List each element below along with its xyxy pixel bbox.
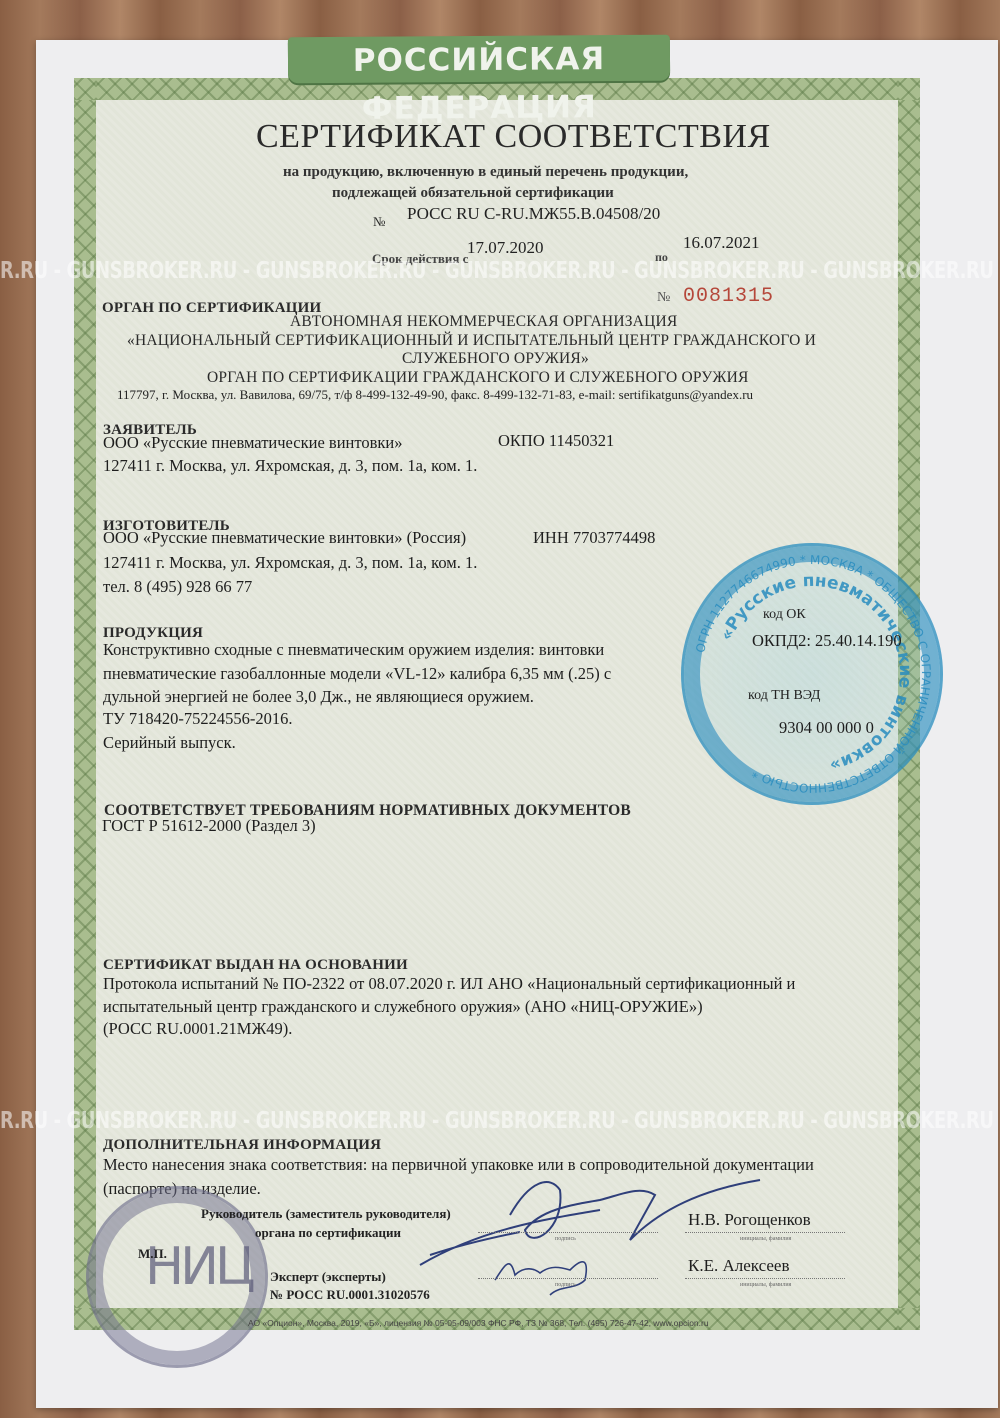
country-banner: РОССИЙСКАЯ ФЕДЕРАЦИЯ [288, 35, 670, 84]
basis-line: испытательный центр гражданского и служе… [103, 997, 703, 1017]
product-line: пневматические газобаллонные модели «VL-… [103, 664, 611, 684]
applicant-okpo: ОКПО 11450321 [498, 431, 614, 451]
certificate-subtitle-1: на продукцию, включенную в единый перече… [283, 164, 688, 181]
certification-body-line-4: ОРГАН ПО СЕРТИФИКАЦИИ ГРАЖДАНСКОГО И СЛУ… [207, 369, 749, 387]
certification-body-heading: ОРГАН ПО СЕРТИФИКАЦИИ [102, 300, 321, 317]
expert-signature-icon [490, 1245, 610, 1305]
printer-footer: АО «Опцион», Москва, 2019, «Б», лицензия… [248, 1318, 709, 1328]
head-label-2: органа по сертификации [255, 1225, 401, 1241]
expert-name-line [685, 1278, 845, 1279]
applicant-name: ООО «Русские пневматические винтовки» [103, 433, 402, 453]
expert-name: К.Е. Алексеев [688, 1256, 790, 1276]
seal-place-label: М.П. [138, 1246, 167, 1262]
svg-text:«Русские пневматические винтов: «Русские пневматические винтовки» [716, 571, 915, 775]
okpd2-code: ОКПД2: 25.40.14.190 [752, 631, 902, 651]
name-caption: инициалы, фамилия [740, 1236, 791, 1242]
expert-signature-line [478, 1278, 658, 1279]
tnved-code: 9304 00 000 0 [779, 718, 874, 738]
basis-line: Протокола испытаний № ПО-2322 от 08.07.2… [103, 974, 795, 994]
product-line: дульной энергией не более 3,0 Дж., не яв… [103, 687, 534, 707]
certification-body-address: 117797, г. Москва, ул. Вавилова, 69/75, … [117, 387, 753, 403]
applicant-address: 127411 г. Москва, ул. Яхромская, д. 3, п… [103, 456, 477, 476]
name-caption: инициалы, фамилия [740, 1282, 791, 1288]
additional-info-heading: ДОПОЛНИТЕЛЬНАЯ ИНФОРМАЦИЯ [103, 1137, 381, 1154]
head-name-line [685, 1232, 845, 1233]
blank-number-label: № [657, 290, 670, 306]
manufacturer-phone: тел. 8 (495) 928 66 77 [103, 577, 252, 597]
manufacturer-name: ООО «Русские пневматические винтовки» (Р… [103, 528, 466, 548]
tnved-code-label: код ТН ВЭД [748, 688, 820, 704]
expert-label: Эксперт (эксперты) [270, 1269, 386, 1285]
valid-from-date: 17.07.2020 [467, 238, 544, 258]
certificate-subtitle-2: подлежащей обязательной сертификации [332, 185, 614, 202]
certificate-number: РОСС RU С-RU.МЖ55.В.04508/20 [407, 204, 660, 224]
blank-serial-number: 0081315 [683, 285, 774, 308]
certification-body-line-1: АВТОНОМНАЯ НЕКОММЕРЧЕСКАЯ ОРГАНИЗАЦИЯ [290, 313, 677, 331]
product-line: Конструктивно сходные с пневматическим о… [103, 640, 604, 660]
basis-line: (РОСС RU.0001.21МЖ49). [103, 1019, 292, 1039]
certification-body-line-3: СЛУЖЕБНОГО ОРУЖИЯ» [402, 350, 589, 368]
company-seal-stamp: ОГРН 1127746674990 * МОСКВА * ОБЩЕСТВО С… [681, 543, 943, 805]
manufacturer-address: 127411 г. Москва, ул. Яхромская, д. 3, п… [103, 553, 477, 573]
manufacturer-inn: ИНН 7703774498 [533, 528, 655, 548]
head-signature-line [478, 1232, 658, 1233]
product-line: Серийный выпуск. [103, 733, 236, 753]
seal-text-icon: ОГРН 1127746674990 * МОСКВА * ОБЩЕСТВО С… [684, 546, 940, 802]
certification-body-line-2: «НАЦИОНАЛЬНЫЙ СЕРТИФИКАЦИОННЫЙ И ИСПЫТАТ… [127, 332, 816, 350]
signature-caption: подпись [555, 1236, 576, 1242]
certificate-title: СЕРТИФИКАТ СООТВЕТСТВИЯ [256, 118, 771, 156]
valid-to-date: 16.07.2021 [683, 233, 760, 253]
ok-code-label: код ОК [763, 607, 806, 623]
head-name: Н.В. Рогощенков [688, 1210, 811, 1230]
product-line: ТУ 718420-75224556-2016. [103, 709, 293, 729]
watermark-bottom: R.RU - GUNSBROKER.RU - GUNSBROKER.RU - G… [0, 1108, 780, 1134]
conformity-standard: ГОСТ Р 51612-2000 (Раздел 3) [102, 816, 316, 836]
number-label: № [373, 214, 385, 230]
watermark-top: R.RU - GUNSBROKER.RU - GUNSBROKER.RU - G… [0, 258, 780, 284]
basis-heading: СЕРТИФИКАТ ВЫДАН НА ОСНОВАНИИ [103, 957, 408, 974]
signature-caption: подпись [555, 1282, 576, 1288]
